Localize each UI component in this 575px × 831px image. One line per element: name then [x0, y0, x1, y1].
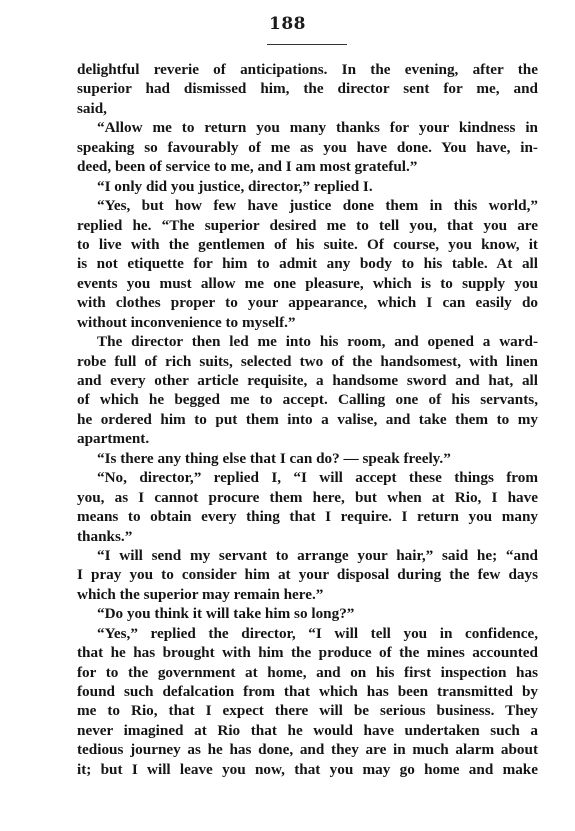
- text-line: which the superior may remain here.”: [77, 585, 538, 604]
- text-line: The director then led me into his room, …: [77, 332, 538, 351]
- header-rule: [267, 44, 347, 45]
- text-line: said,: [77, 99, 538, 118]
- text-line: “I will send my servant to arrange your …: [77, 546, 538, 565]
- text-line: he ordered him to put them into a valise…: [77, 410, 538, 429]
- text-line: “I only did you justice, director,” repl…: [77, 177, 538, 196]
- text-line: that he has brought with him the produce…: [77, 643, 538, 662]
- text-line: “Allow me to return you many thanks for …: [77, 118, 538, 137]
- text-line: apartment.: [77, 429, 538, 448]
- text-line: with clothes proper to your appearance, …: [77, 293, 538, 312]
- text-line: and every other article requisite, a han…: [77, 371, 538, 390]
- book-page: 188 delightful reverie of anticipations.…: [0, 0, 575, 831]
- body-text: delightful reverie of anticipations. In …: [77, 60, 538, 779]
- text-line: events you must allow me one pleasure, w…: [77, 274, 538, 293]
- text-line: to live with the gentlemen of his suite.…: [77, 235, 538, 254]
- text-line: thanks.”: [77, 527, 538, 546]
- text-line: found such defalcation from that which h…: [77, 682, 538, 701]
- text-line: replied he. “The superior desired me to …: [77, 216, 538, 235]
- text-line: for to the government at home, and on hi…: [77, 663, 538, 682]
- text-line: without inconvenience to myself.”: [77, 313, 538, 332]
- text-line: never imagined at Rio that he would have…: [77, 721, 538, 740]
- text-line: it; but I will leave you now, that you m…: [77, 760, 538, 779]
- text-line: I pray you to consider him at your dispo…: [77, 565, 538, 584]
- page-number: 188: [0, 14, 575, 34]
- text-line: robe full of rich suits, selected two of…: [77, 352, 538, 371]
- text-line: is not etiquette for him to admit any bo…: [77, 254, 538, 273]
- text-line: of which he begged me to accept. Calling…: [77, 390, 538, 409]
- text-line: you, as I cannot procure them here, but …: [77, 488, 538, 507]
- text-line: superior had dismissed him, the director…: [77, 79, 538, 98]
- text-line: speaking so favourably of me as you have…: [77, 138, 538, 157]
- text-line: “Yes, but how few have justice done them…: [77, 196, 538, 215]
- text-line: “No, director,” replied I, “I will accep…: [77, 468, 538, 487]
- text-line: “Yes,” replied the director, “I will tel…: [77, 624, 538, 643]
- text-line: “Do you think it will take him so long?”: [77, 604, 538, 623]
- text-line: delightful reverie of anticipations. In …: [77, 60, 538, 79]
- text-line: means to obtain every thing that I requi…: [77, 507, 538, 526]
- text-line: deed, been of service to me, and I am mo…: [77, 157, 538, 176]
- text-line: tedious journey as he has done, and they…: [77, 740, 538, 759]
- text-line: “Is there any thing else that I can do? …: [77, 449, 538, 468]
- text-line: me to Rio, that I expect there will be s…: [77, 701, 538, 720]
